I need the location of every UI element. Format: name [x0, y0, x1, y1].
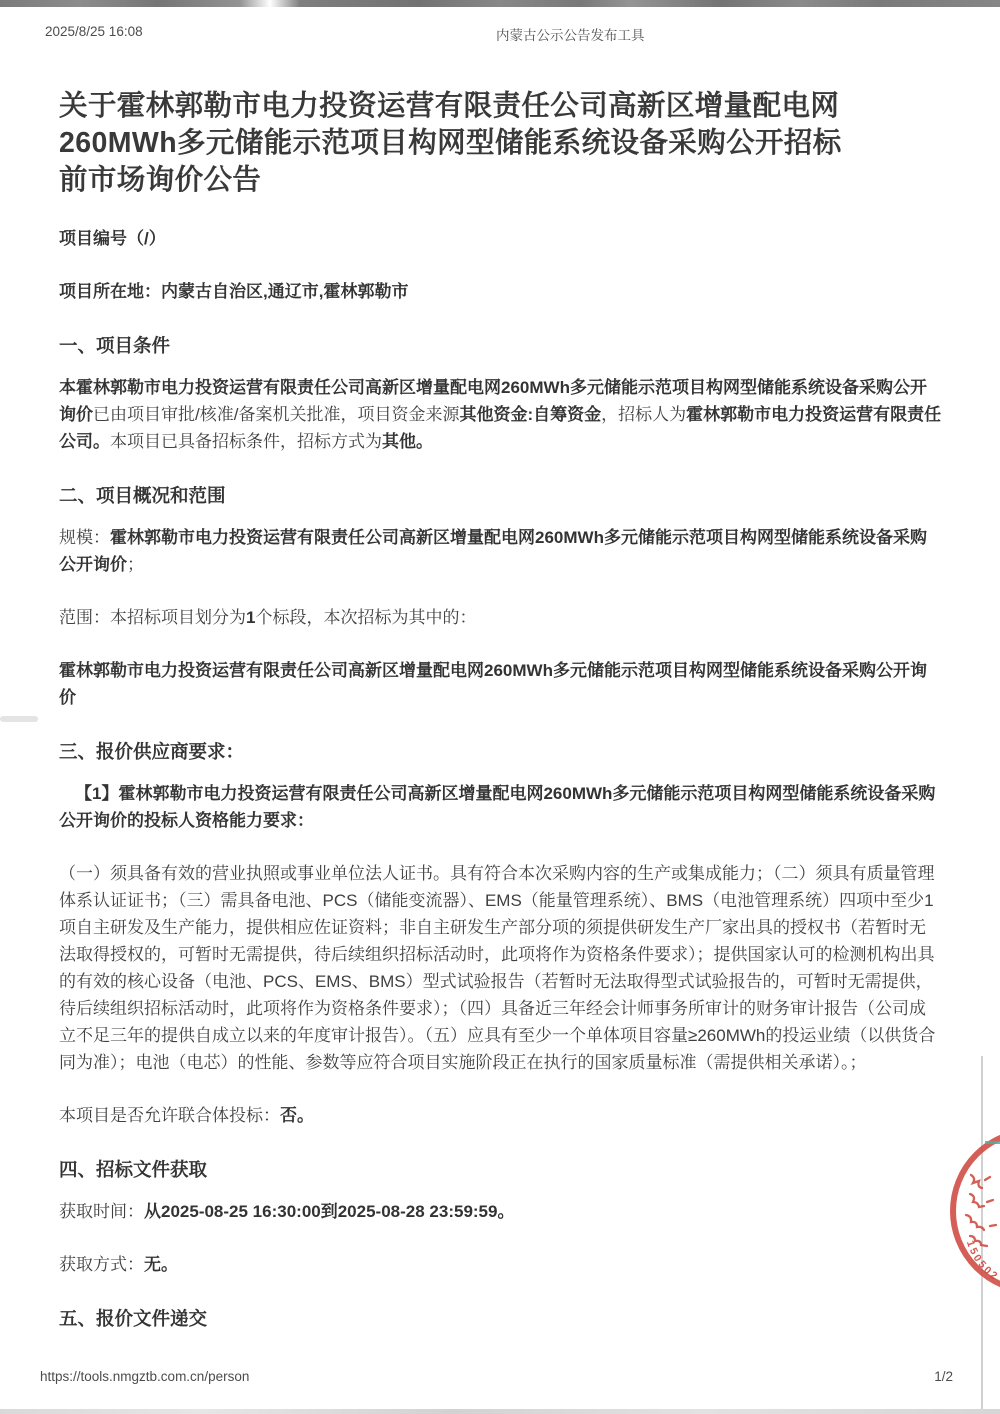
supplier-requirements-title: 【1】霍林郭勒市电力投资运营有限责任公司高新区增量配电网260MWh多元储能示范… — [59, 780, 942, 834]
obtain-method-paragraph: 获取方式：无。 — [59, 1251, 942, 1278]
scan-artifact-smudge — [0, 716, 38, 722]
print-timestamp: 2025/8/25 16:08 — [45, 24, 143, 39]
printed-page: { "print": { "header": { "timestamp": "2… — [0, 0, 1000, 1414]
obtain-time-paragraph: 获取时间：从2025-08-25 16:30:00到2025-08-28 23:… — [59, 1198, 942, 1225]
section-heading-5: 五、报价文件递交 — [59, 1306, 942, 1332]
package-name-paragraph: 霍林郭勒市电力投资运营有限责任公司高新区增量配电网260MWh多元储能示范项目构… — [59, 657, 942, 711]
document-title: 关于霍林郭勒市电力投资运营有限责任公司高新区增量配电网 260MWh多元储能示范… — [59, 88, 942, 199]
project-number: 项目编号（/） — [59, 225, 942, 252]
section-heading-1: 一、项目条件 — [59, 333, 942, 359]
section-heading-3: 三、报价供应商要求： — [59, 739, 942, 765]
print-url: https://tools.nmgztb.com.cn/person — [40, 1369, 249, 1384]
section-heading-2: 二、项目概况和范围 — [59, 483, 942, 509]
page-indicator: 1/2 — [934, 1369, 953, 1384]
consortium-paragraph: 本项目是否允许联合体投标：否。 — [59, 1102, 942, 1129]
project-location: 项目所在地：内蒙古自治区,通辽市,霍林郭勒市 — [59, 278, 942, 305]
scope-paragraph: 范围：本招标项目划分为1个标段，本次招标为其中的： — [59, 604, 942, 631]
scale-paragraph: 规模：霍林郭勒市电力投资运营有限责任公司高新区增量配电网260MWh多元储能示范… — [59, 524, 942, 578]
scan-artifact-bottom — [0, 1409, 1000, 1414]
section-1-paragraph: 本霍林郭勒市电力投资运营有限责任公司高新区增量配电网260MWh多元储能示范项目… — [59, 374, 942, 455]
teal-dash-artifact — [985, 1141, 1000, 1144]
print-header: 2025/8/25 16:08 内蒙古公示公告发布工具 — [0, 24, 1000, 42]
print-footer: https://tools.nmgztb.com.cn/person 1/2 — [40, 1369, 953, 1384]
supplier-requirements-body: （一）须具备有效的营业执照或事业单位法人证书。具有符合本次采购内容的生产或集成能… — [59, 860, 942, 1076]
section-heading-4: 四、招标文件获取 — [59, 1157, 942, 1183]
scan-artifact-top — [0, 0, 1000, 7]
stamp-mongolian-text — [966, 1175, 996, 1246]
print-app-title: 内蒙古公示公告发布工具 — [496, 24, 645, 44]
announcement-document: 关于霍林郭勒市电力投资运营有限责任公司高新区增量配电网 260MWh多元储能示范… — [59, 80, 942, 1332]
red-official-stamp: 150502 — [940, 1118, 1000, 1310]
